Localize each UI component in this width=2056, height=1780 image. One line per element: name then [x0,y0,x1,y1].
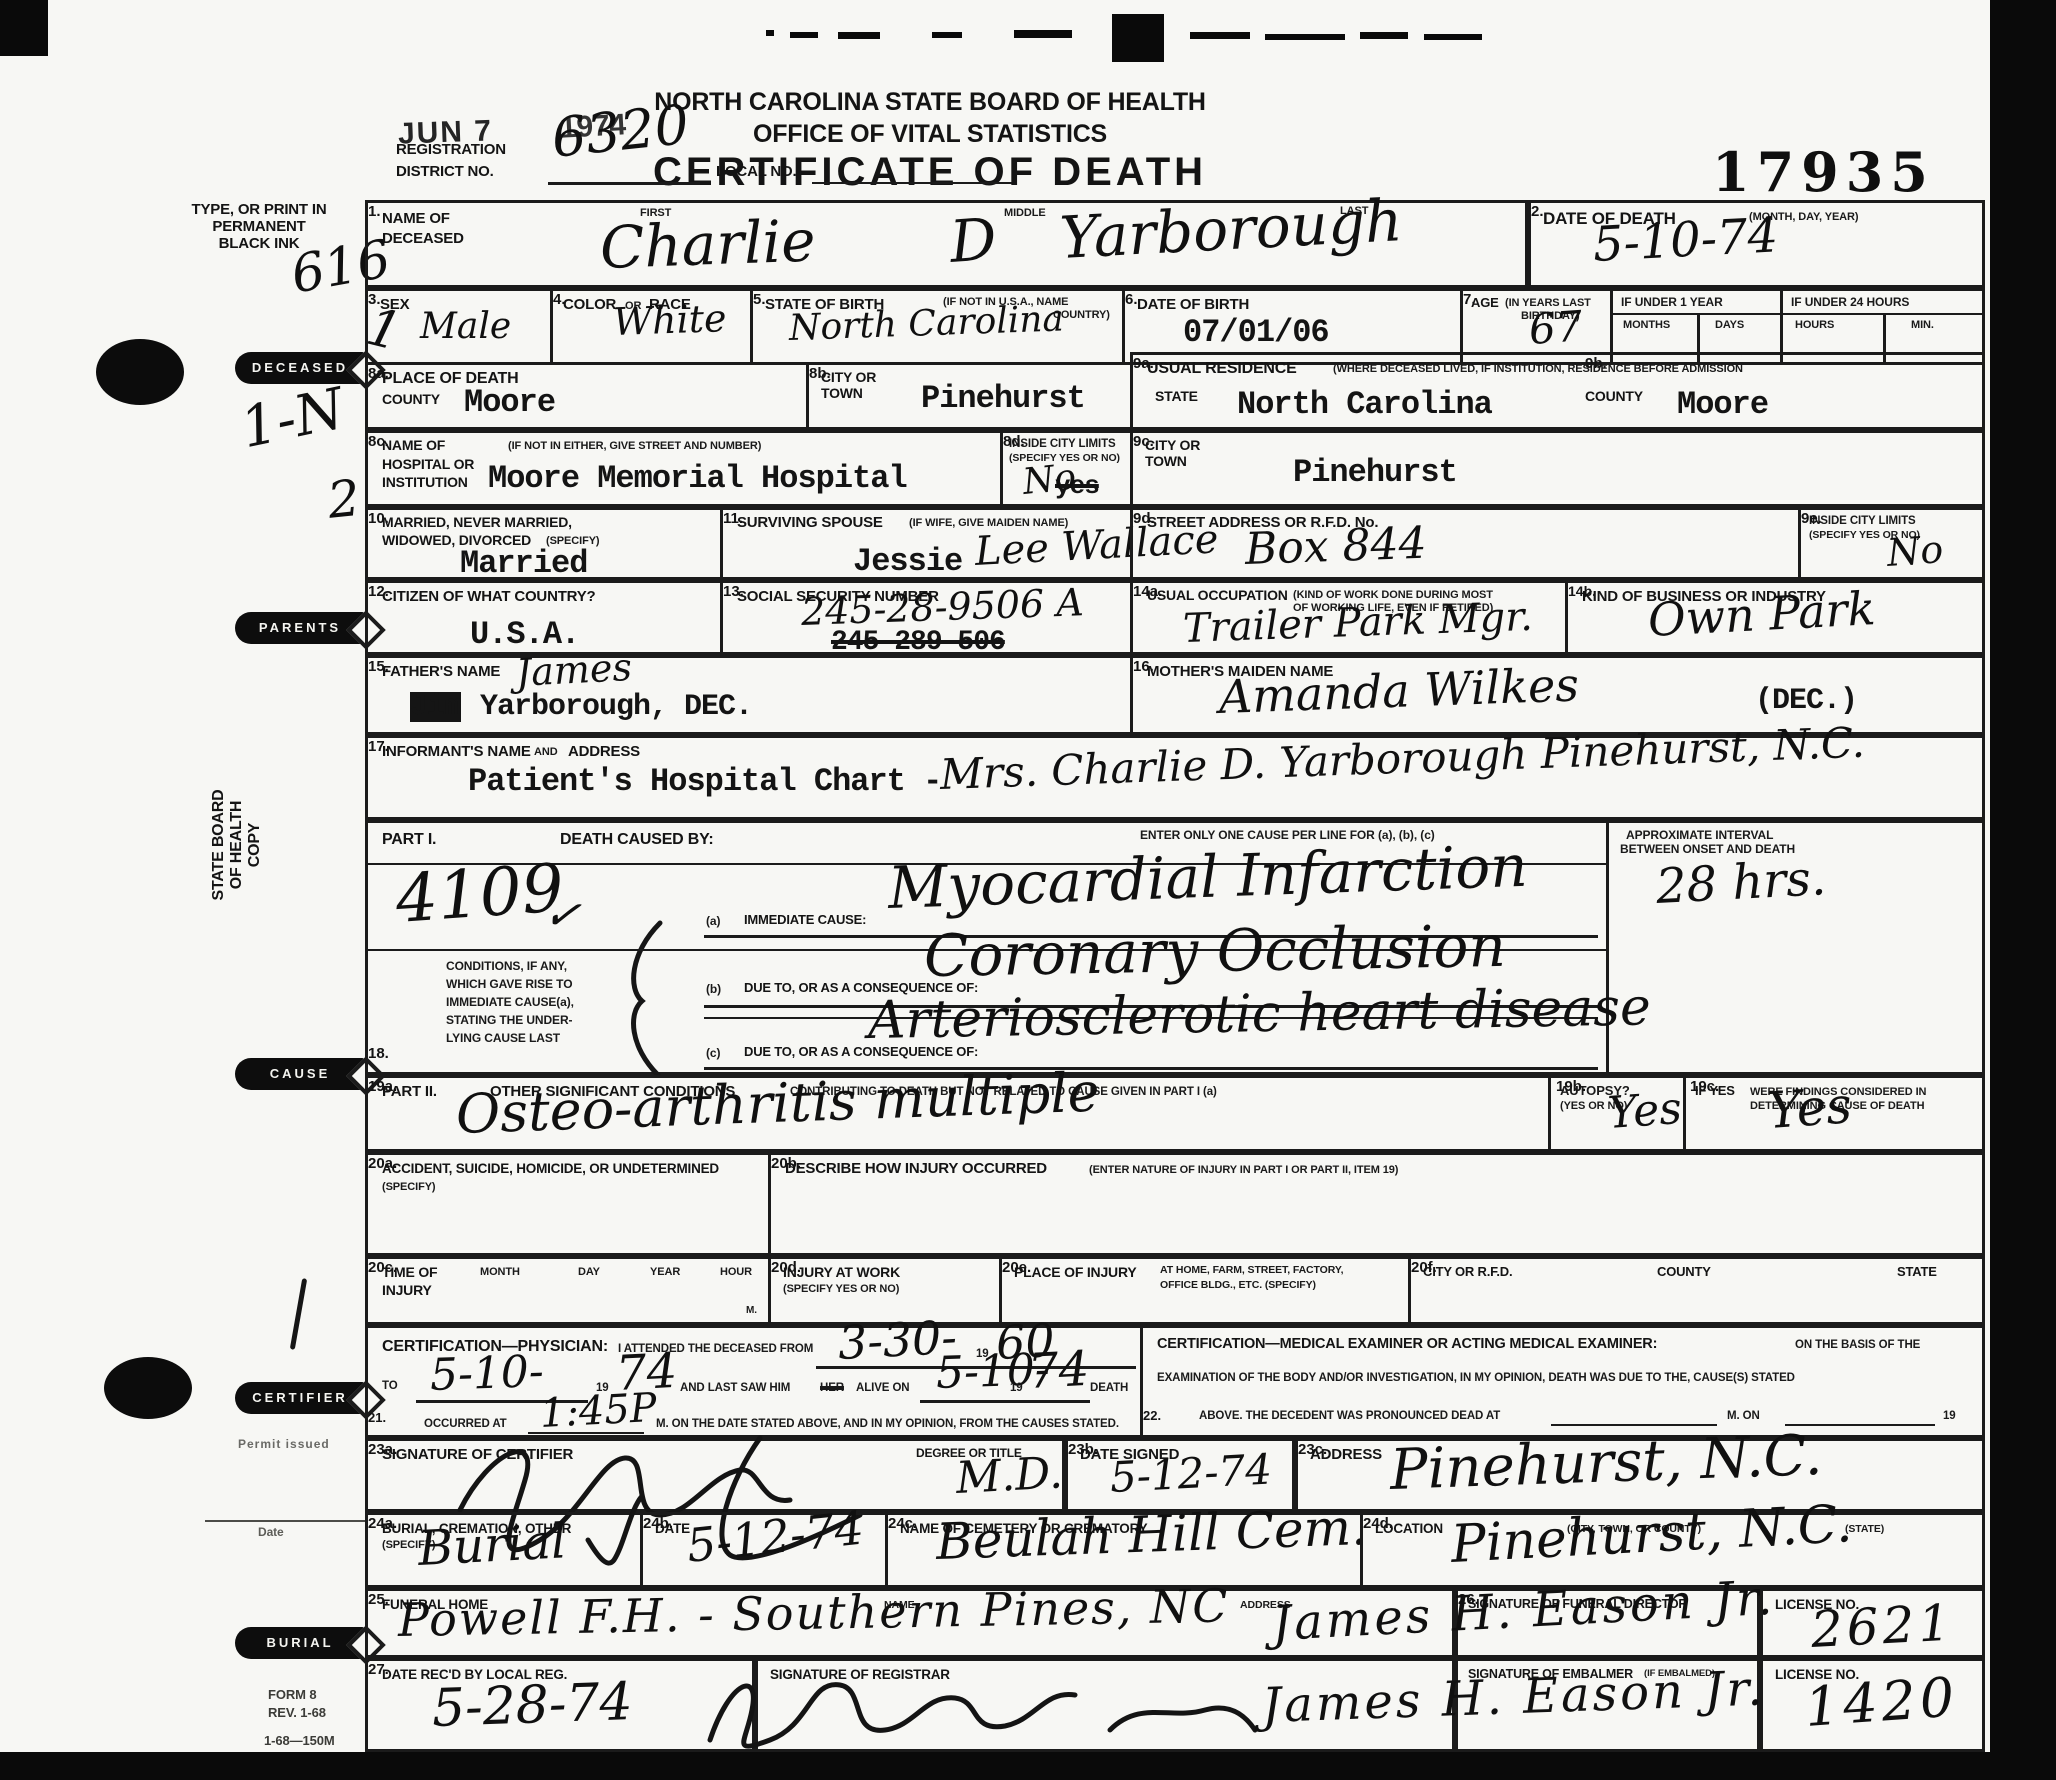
value-spouse-typed: Jessie [853,546,962,578]
value-citizen: U.S.A. [470,619,579,651]
value-mother-dec: (DEC.) [1755,686,1857,716]
column-middle: MIDDLE [1004,207,1046,220]
field-20a-accident-type: ACCIDENT, SUICIDE, HOMICIDE, OR UNDETERM… [365,1152,771,1256]
conditions-note: CONDITIONS, IF ANY, WHICH GAVE RISE TO I… [446,957,626,1047]
field-10-marital-status: MARRIED, NEVER MARRIED, WIDOWED, DIVORCE… [365,507,723,580]
value-findings-used: Yes [1766,1080,1853,1136]
field-funeral-director-license: LICENSE NO. 2621 [1760,1588,1985,1658]
value-street-address: Box 844 [1244,522,1427,572]
field-5-state-of-birth: STATE OF BIRTH (IF NOT IN U.S.A., NAME C… [750,288,1125,365]
value-9e: No [1886,530,1945,572]
scan-artifact [1190,32,1250,39]
value-race: White [612,299,727,341]
column-days: DAYS [1715,319,1744,332]
print-run-code: 1-68—150M [264,1734,335,1749]
value-certifier-address: Pinehurst, N.C. [1389,1428,1823,1499]
value-occupation: Trailer Park Mgr. [1182,597,1533,649]
value-mother: Amanda Wilkes [1218,661,1579,720]
field-1-name-of-deceased: NAME OF DECEASED 1. FIRST MIDDLE LAST Ch… [365,200,1528,288]
scan-artifact [1014,30,1072,38]
margin-stroke [290,1278,307,1350]
district-no-line [548,182,700,185]
value-father-handwritten: James [515,648,633,692]
page-title: CERTIFICATE OF DEATH [600,150,1260,195]
value-father-typed: Yarborough, DEC. [480,692,752,722]
scan-artifact [838,32,880,39]
column-hour: HOUR [720,1266,752,1279]
district-no-label: DISTRICT NO. [396,164,494,181]
value-age: 67 [1528,305,1584,351]
field-8c-hospital: NAME OF (IF NOT IN EITHER, GIVE STREET A… [365,430,1003,507]
field-13-ssn: SOCIAL SECURITY NUMBER 13. 245-28-9506 A… [720,580,1133,655]
agency-line2: OFFICE OF VITAL STATISTICS [630,120,1230,148]
section-22-certification-medical-examiner: CERTIFICATION—MEDICAL EXAMINER OR ACTING… [1140,1325,1985,1438]
value-hospital: Moore Memorial Hospital [488,463,907,495]
value-last-saw-year: 74 [1027,1345,1091,1396]
value-burial-type: Burial [417,1517,568,1573]
tab-parents: PARENTS [235,612,365,644]
tab-cause: CAUSE [235,1058,365,1090]
field-9e-inside-city-limits: INSIDE CITY LIMITS (SPECIFY YES OR NO) 9… [1798,507,1985,580]
section-part2-other-conditions: PART II. OTHER SIGNIFICANT CONDITIONS CO… [365,1075,1985,1152]
code-checkmark: ✓ [541,891,584,940]
value-residence-city: Pinehurst [1293,457,1457,489]
value-attended-to: 5-10- [429,1350,544,1398]
value-first-name: Charlie [599,211,816,276]
column-month: MONTH [480,1266,520,1279]
item-number: 1. [368,203,381,220]
local-no-line [812,182,1012,184]
value-death-county: Moore [464,387,555,419]
value-father-redacted: Jim [410,692,461,722]
value-residence-state: North Carolina [1237,389,1492,421]
field-20f-injury-location: CITY OR R.F.D. COUNTY STATE 20f. [1408,1256,1985,1325]
conditions-brace [618,919,668,1079]
field-9c-residence-city: CITY OR TOWN 9c. Pinehurst [1130,430,1985,507]
value-degree: M.D. [955,1451,1064,1501]
value-middle-name: D [948,210,998,271]
margin-note-2: 2 [325,473,362,526]
value-state-of-birth: North Carolina [788,301,1064,347]
scan-artifact [932,32,962,38]
margin-date-label: Date [258,1526,284,1540]
value-marital-status: Married [460,548,587,580]
field-14a-occupation: USUAL OCCUPATION (KIND OF WORK DONE DURI… [1130,580,1568,655]
death-certificate-scan: NORTH CAROLINA STATE BOARD OF HEALTH OFF… [0,0,2056,1780]
tab-certifier: CERTIFIER [235,1382,365,1414]
value-code-4109: 4109 [394,855,566,933]
field-3-sex: SEX 3. Male [365,288,553,365]
column-months: MONTHS [1623,319,1670,332]
field-20c-time-of-injury: TIME OF INJURY MONTH DAY YEAR HOUR 20c. … [365,1256,771,1325]
scan-artifact [1265,34,1345,40]
field-23c-address: ADDRESS 23c. Pinehurst, N.C. [1295,1438,1985,1512]
field-4-color-or-race: COLOR OR RACE 4. White [550,288,753,365]
permit-issued-note: Permit issued [238,1438,330,1452]
field-8b-city-or-town: CITY OR TOWN 8b. Pinehurst [806,362,1133,430]
form-number: FORM 8 [268,1688,317,1703]
value-business: Own Park [1647,585,1877,643]
value-8d-handwritten: No [1021,460,1078,501]
scan-artifact [0,0,48,56]
field-15-father: FATHER'S NAME James 15. Jim Yarborough, … [365,655,1133,735]
value-informant-typed: Patient's Hospital Chart - [468,766,941,798]
copy-designation: STATE BOARD OF HEALTH COPY [210,750,300,940]
page-edge-bottom [0,1752,2056,1780]
value-ssn-handwritten: 245-28-9506 A [800,583,1084,631]
field-14b-business: KIND OF BUSINESS OR INDUSTRY 14b. Own Pa… [1565,580,1985,655]
field-12-citizen: CITIZEN OF WHAT COUNTRY? 12. U.S.A. [365,580,723,655]
value-funeral-director-license: 2621 [1810,1598,1956,1655]
margin-note-1n: 1-N [236,381,349,457]
registrar-signature [690,1660,1270,1755]
value-ssn-struck: 245-289-506 [831,629,1005,657]
value-burial-date: 5-12-74 [685,1505,866,1569]
value-autopsy: Yes [1606,1087,1683,1136]
scan-artifact [1360,32,1408,39]
value-due-to-1: Coronary Occlusion [923,917,1506,985]
value-death-city: Pinehurst [921,383,1085,415]
field-20e-place-of-injury: PLACE OF INJURY AT HOME, FARM, STREET, F… [999,1256,1411,1325]
value-residence-county: Moore [1677,389,1768,421]
section-part1-cause-of-death: PART I. DEATH CAUSED BY: ENTER ONLY ONE … [365,820,1985,1075]
value-date-of-birth: 07/01/06 [1183,317,1329,349]
local-no-label: LOCAL NO. [716,164,796,181]
tab-burial: BURIAL [235,1627,365,1659]
certificate-number: 17935 [1712,140,1935,204]
label-county: COUNTY [1585,389,1643,405]
scan-artifact [1424,34,1482,40]
field-9-usual-residence: USUAL RESIDENCE (WHERE DECEASED LIVED, I… [1130,352,1985,430]
column-min: MIN. [1911,319,1934,332]
value-date-received: 5-28-74 [431,1676,633,1735]
label-m: M. [746,1305,757,1317]
value-interval: 28 hrs. [1655,854,1827,911]
value-last-name: Yarborough [1058,191,1403,267]
field-embalmer-license: LICENSE NO. 1420 [1760,1658,1985,1752]
value-sex: Male [420,309,511,345]
margin-date-line [205,1520,365,1522]
field-8d-inside-city-limits: INSIDE CITY LIMITS (SPECIFY YES OR NO) 8… [1000,430,1133,507]
value-date-of-death: 5-10-74 [1592,211,1779,269]
page-edge-right [1990,0,2056,1758]
value-immediate-cause: Myocardial Infarction [887,837,1528,917]
field-17-informant: INFORMANT'S NAME AND ADDRESS 17. Patient… [365,735,1985,820]
hole-punch [104,1357,192,1419]
value-other-conditions: Osteo-arthritis multiple [455,1066,1100,1142]
value-cemetery: Beulah Hill Cem. [935,1502,1368,1567]
form-revision: REV. 1-68 [268,1706,326,1721]
field-24c-cemetery: NAME OF CEMETERY OR CREMATORY 24c. Beula… [885,1512,1363,1588]
scan-artifact [790,32,818,38]
column-year: YEAR [650,1266,680,1279]
value-embalmer-license: 1420 [1803,1670,1960,1735]
tab-deceased: DECEASED [235,352,365,384]
hole-punch [96,339,184,405]
registration-label: REGISTRATION [396,142,506,159]
value-date-signed: 5-12-74 [1109,1449,1273,1499]
scan-artifact [766,30,774,36]
scan-artifact [1112,14,1164,62]
field-11-surviving-spouse: SURVIVING SPOUSE (IF WIFE, GIVE MAIDEN N… [720,507,1133,580]
value-funeral-home: Powell F.H. - Southern Pines, NC [398,1582,1230,1643]
district-no-value: 6320 [549,98,691,166]
agency-line1: NORTH CAROLINA STATE BOARD OF HEALTH [630,88,1230,116]
field-20b-how-injury-occurred: DESCRIBE HOW INJURY OCCURRED (ENTER NATU… [768,1152,1985,1256]
column-day: DAY [578,1266,600,1279]
value-due-to-2: Arteriosclerotic heart disease [868,981,1652,1047]
field-8a-place-of-death-county: PLACE OF DEATH COUNTY 8a. Moore [365,362,809,430]
label-state: STATE [1155,389,1198,405]
field-24b-burial-date: DATE 24b. 5-12-74 [640,1512,888,1588]
column-hours: HOURS [1795,319,1834,332]
field-2-date-of-death: DATE OF DEATH (MONTH, DAY, YEAR) 2. 5-10… [1528,200,1985,288]
field-9d-street-address: STREET ADDRESS OR R.F.D. No. 9d. Box 844 [1130,507,1801,580]
